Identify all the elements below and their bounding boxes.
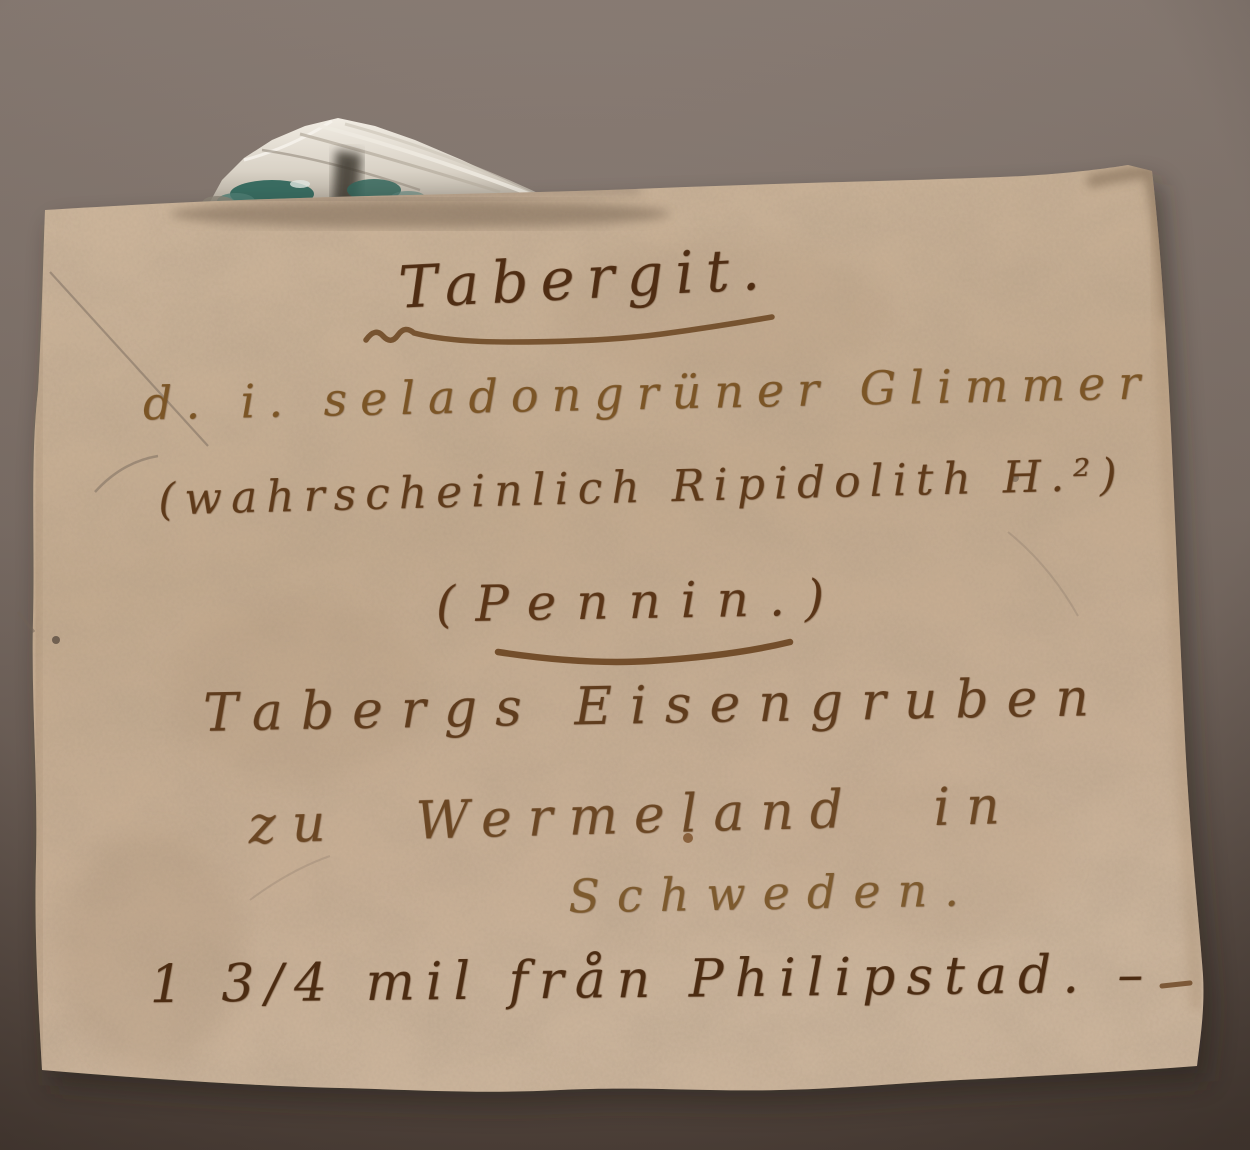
trailing-dash [1162,983,1190,986]
specimen-photo: Tabergit. d. i. seladongrüner Glimmer (w… [0,0,1250,1150]
handwriting-line-7: Schweden. [568,862,976,923]
handwriting-line-8: 1 3/4 mil från Philipstad. – [149,945,1154,1016]
handwriting-line-4: (Pennin.) [435,568,844,633]
